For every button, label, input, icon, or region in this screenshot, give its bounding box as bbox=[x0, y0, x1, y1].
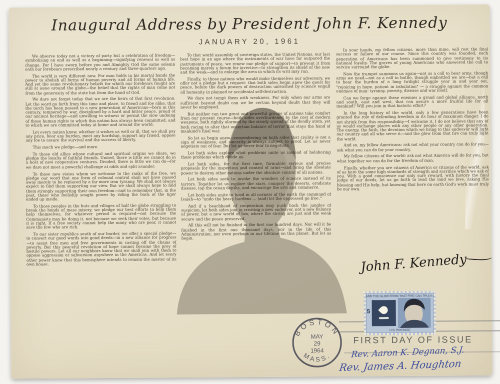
first-day-of-issue-text: FIRST DAY OF ISSUE bbox=[333, 334, 493, 345]
stamp-denomination: 5 bbox=[367, 309, 370, 315]
address-paragraph: Let both sides unite to heed in all corn… bbox=[181, 192, 331, 202]
address-paragraph: This much we pledge—and more. bbox=[26, 145, 176, 150]
first-day-cover-photo: Inaugural Address by President John F. K… bbox=[0, 0, 500, 384]
address-paragraph: We observe today not a victory of party … bbox=[25, 54, 175, 72]
address-paragraph: To those new states whom we welcome to t… bbox=[26, 171, 176, 202]
address-paragraph: But neither can two great and powerful g… bbox=[180, 111, 330, 133]
document-date: JANUARY 20, 1961 bbox=[9, 35, 490, 47]
address-paragraph: Can we forge against these enemies a gra… bbox=[336, 95, 488, 109]
flame-base bbox=[379, 317, 389, 319]
address-paragraph: To our sister republics south of our bor… bbox=[26, 232, 176, 267]
document-title: Inaugural Address by President John F. K… bbox=[9, 13, 490, 34]
stamp-jfk-portrait bbox=[398, 298, 431, 328]
address-paragraph: All this will not be finished in the fir… bbox=[181, 223, 331, 241]
autograph-line-1: Rev. Aaron K. Degnan, S.J. bbox=[351, 346, 465, 361]
address-column-2: To that world assembly of sovereign stat… bbox=[180, 52, 332, 354]
address-paragraph: To those old allies whose cultural and s… bbox=[26, 151, 176, 169]
address-paragraph: To that world assembly of sovereign stat… bbox=[180, 52, 330, 74]
postmark-day: 29 bbox=[314, 342, 321, 348]
address-paragraph: In the long history of the world, only a… bbox=[336, 110, 488, 141]
address-paragraph: And so, my fellow Americans: ask not wha… bbox=[337, 143, 489, 153]
address-paragraph: And if a beachhead of cooperation may pu… bbox=[181, 203, 331, 221]
address-paragraph: My fellow citizens of the world: ask not… bbox=[337, 154, 489, 164]
address-paragraph: Let both sides explore what problems uni… bbox=[181, 150, 331, 160]
stamp-country-text: U.S. POSTAGE bbox=[366, 328, 434, 332]
postmark-year: 1964 bbox=[310, 348, 324, 354]
document-sheet: Inaugural Address by President John F. K… bbox=[9, 4, 493, 378]
postmark-month: MAY bbox=[311, 334, 324, 340]
address-paragraph: Let both sides seek to invoke the wonder… bbox=[181, 177, 331, 191]
address-column-1: We observe today not a victory of party … bbox=[25, 54, 177, 376]
address-paragraph: Let both sides, for the first time, form… bbox=[181, 162, 331, 176]
address-paragraph: In your hands, my fellow citizens, more … bbox=[336, 47, 488, 69]
boston-postmark: BOSTON MASS. MAY 29 1964 bbox=[289, 314, 345, 370]
eternal-flame-panel bbox=[372, 300, 396, 326]
address-paragraph: Now the trumpet summons us again—not as … bbox=[336, 71, 488, 93]
address-paragraph: We dare not tempt them with weakness. Fo… bbox=[180, 96, 330, 110]
autograph-line-2: Rev. James A. Houghton bbox=[338, 359, 462, 374]
address-paragraph: Finally, whether you are citizens of Ame… bbox=[337, 165, 489, 192]
jfk-memorial-stamp: AND THE GLOW FROM THAT FIRE CAN TRULY LI… bbox=[364, 291, 436, 336]
address-paragraph: To those peoples in the huts and village… bbox=[26, 203, 176, 230]
address-paragraph: The world is very different now. For man… bbox=[25, 73, 175, 95]
address-paragraph: Let every nation know, whether it wishes… bbox=[26, 129, 176, 143]
address-paragraph: We dare not forget today that we are the… bbox=[25, 97, 175, 128]
address-paragraph: So let us begin anew—remembering on both… bbox=[181, 135, 331, 149]
address-paragraph: Finally, to those nations who would make… bbox=[180, 76, 330, 94]
eternal-flame-icon bbox=[378, 304, 389, 315]
